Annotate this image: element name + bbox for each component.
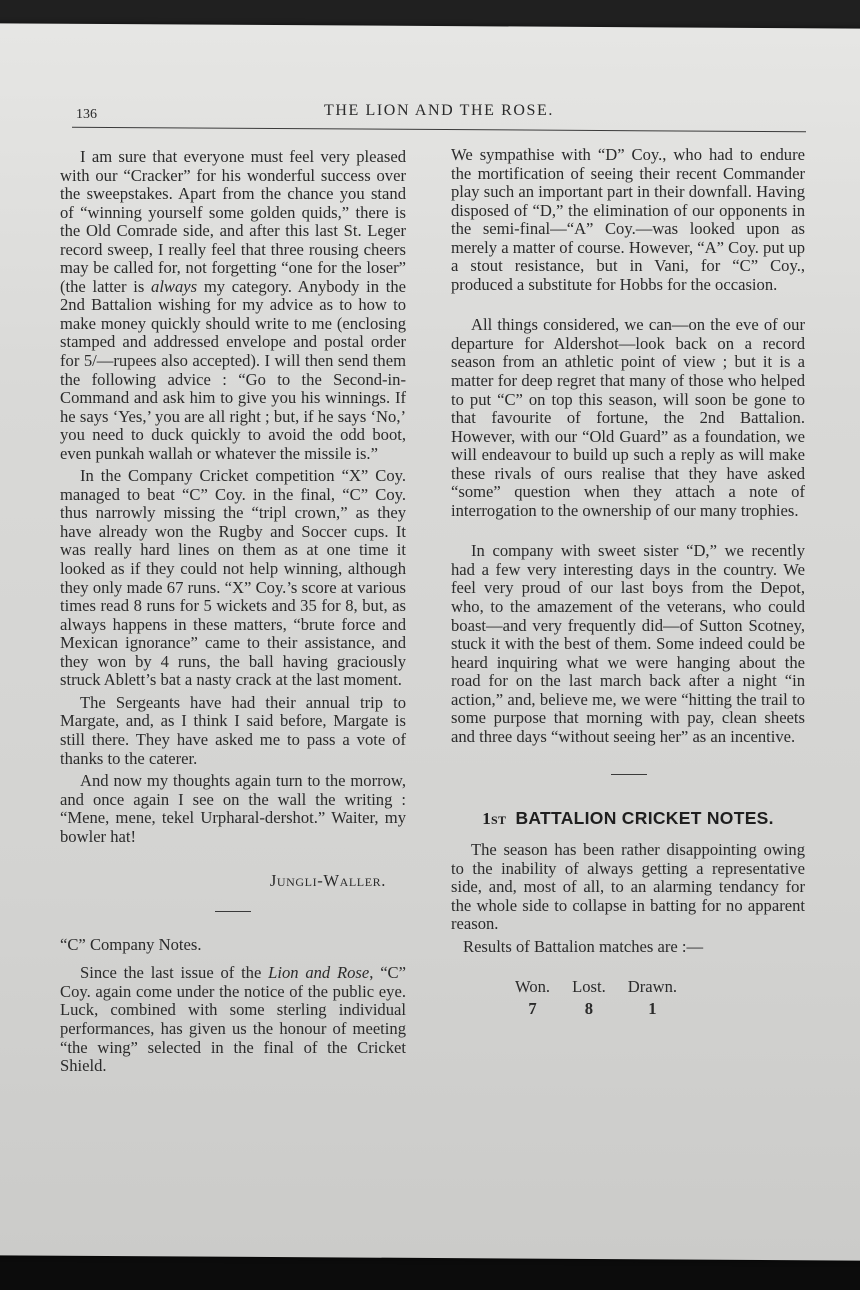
title-text: BATTALION CRICKET NOTES. bbox=[515, 808, 773, 828]
paragraph-d-coy: We sympathise with “D” Coy., who had to … bbox=[451, 146, 805, 294]
signature: Jungli-Waller. bbox=[60, 872, 406, 891]
c-company-heading: “C” Company Notes. bbox=[60, 936, 406, 955]
right-column: We sympathise with “D” Coy., who had to … bbox=[451, 146, 805, 1018]
title-ordinal: 1st bbox=[482, 809, 506, 828]
paragraph-cricket-season: The season has been rather disappointing… bbox=[451, 841, 805, 934]
emphasis-text: always bbox=[151, 277, 197, 296]
page-content: 136 THE LION AND THE ROSE. I am sure tha… bbox=[0, 0, 860, 1290]
paragraph-text: my category. Anybody in the 2nd Battalio… bbox=[60, 277, 406, 463]
results-value-won: 7 bbox=[515, 997, 572, 1019]
publication-title: Lion and Rose bbox=[268, 963, 369, 982]
paragraph-cracker: I am sure that everyone must feel very p… bbox=[60, 148, 406, 463]
cricket-notes-title: 1st BATTALION CRICKET NOTES. bbox=[451, 809, 805, 829]
results-value-drawn: 1 bbox=[628, 997, 699, 1019]
results-value-lost: 8 bbox=[572, 997, 628, 1019]
paragraph-all-things: All things considered, we can—on the eve… bbox=[451, 316, 805, 520]
paragraph-sister-d: In company with sweet sister “D,” we rec… bbox=[451, 542, 805, 746]
results-table: Won. Lost. Drawn. 7 8 1 bbox=[515, 978, 699, 1018]
results-header-won: Won. bbox=[515, 978, 572, 997]
section-divider bbox=[611, 774, 647, 775]
results-header-drawn: Drawn. bbox=[628, 978, 699, 997]
results-header-row: Won. Lost. Drawn. bbox=[515, 978, 699, 997]
results-intro: Results of Battalion matches are :— bbox=[451, 938, 805, 957]
paragraph-text: Since the last issue of the bbox=[80, 963, 268, 982]
section-divider bbox=[215, 911, 251, 912]
header-rule bbox=[72, 127, 806, 132]
paragraph-morrow: And now my thoughts again turn to the mo… bbox=[60, 772, 406, 846]
paragraph-text: I am sure that everyone must feel very p… bbox=[60, 147, 406, 296]
paragraph-c-company-intro: Since the last issue of the Lion and Ros… bbox=[60, 964, 406, 1075]
paragraph-company-cricket: In the Company Cricket competition “X” C… bbox=[60, 467, 406, 690]
paragraph-sergeants: The Sergeants have had their annual trip… bbox=[60, 694, 406, 768]
page-header: 136 THE LION AND THE ROSE. bbox=[72, 100, 806, 134]
results-header-lost: Lost. bbox=[572, 978, 628, 997]
running-title: THE LION AND THE ROSE. bbox=[72, 102, 806, 120]
left-column: I am sure that everyone must feel very p… bbox=[60, 148, 406, 1076]
results-value-row: 7 8 1 bbox=[515, 997, 699, 1019]
